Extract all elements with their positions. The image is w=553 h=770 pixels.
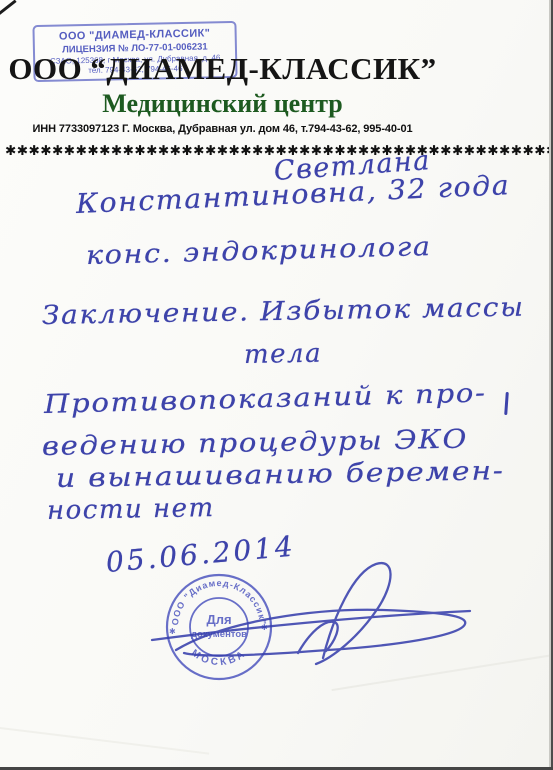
handwriting-conclusion-line2: тела [244,339,323,370]
scan-corner-artifact [0,0,17,15]
signature [148,556,473,674]
letterhead: ООО “ДИАМЕД-КЛАССИК” Медицинский центр И… [0,52,445,135]
handwriting-statement-line2: ведению процедуры ЭКО [42,425,469,462]
handwriting-statement-line3: и вынашиванию беремен- [56,456,505,494]
handwriting-statement-line4: ности нет [47,493,215,526]
company-info-line: ИНН 7733097123 Г. Москва, Дубравная ул. … [0,123,445,135]
handwriting-conclusion-line1: Заключение. Избыток массы [42,293,525,331]
company-title: ООО “ДИАМЕД-КЛАССИК” [0,52,445,86]
ink-margin-mark [504,392,509,415]
handwriting-consultation-type: конс. эндокринолога [86,232,432,271]
paper-crease [0,723,209,754]
company-subtitle: Медицинский центр [0,90,445,119]
scanned-document-page: ООО "ДИАМЕД-КЛАССИК" ЛИЦЕНЗИЯ № ЛО-77-01… [0,0,553,770]
handwriting-statement-line1: Противопоказаний к про- [44,378,487,420]
